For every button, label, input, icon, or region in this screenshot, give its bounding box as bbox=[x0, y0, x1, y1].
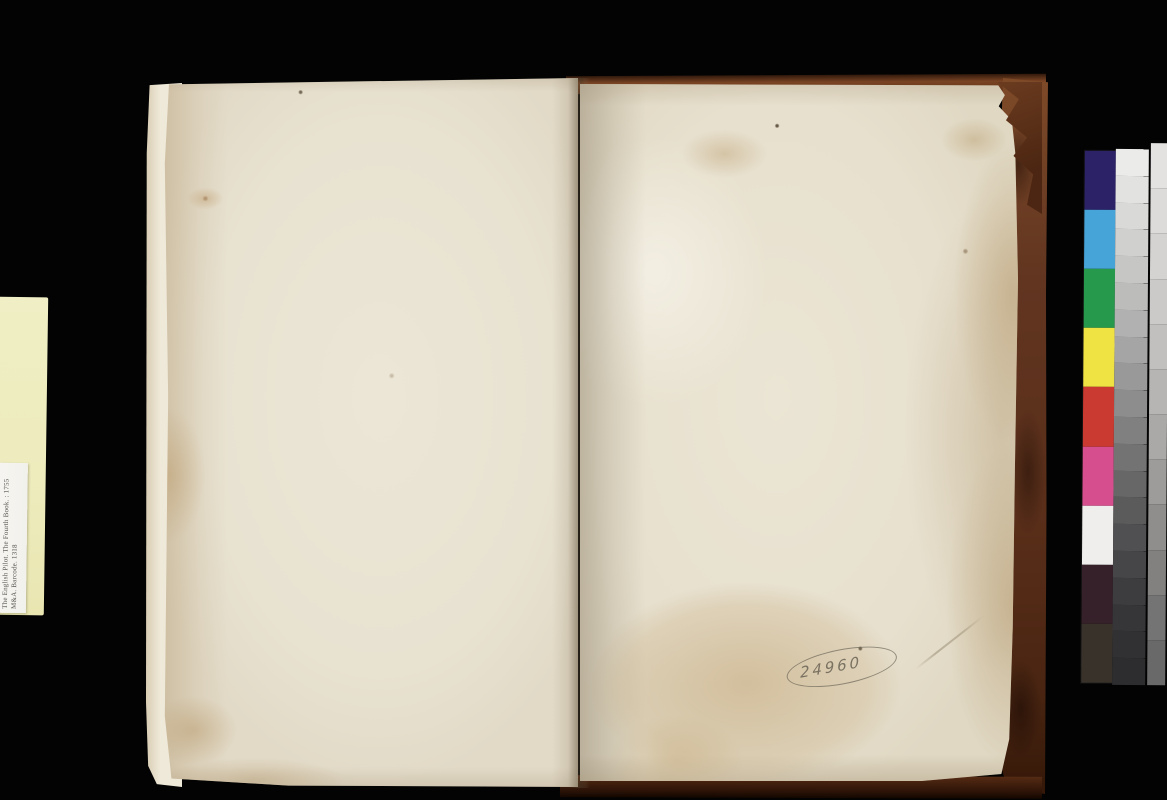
grayscale-step bbox=[1113, 470, 1146, 497]
color-patch bbox=[1083, 328, 1114, 387]
grayscale-step bbox=[1114, 337, 1147, 364]
color-patch bbox=[1084, 151, 1115, 210]
grayscale-step bbox=[1112, 631, 1145, 658]
color-patch bbox=[1084, 210, 1115, 269]
color-calibration-bar bbox=[1081, 149, 1167, 686]
grayscale-step bbox=[1115, 310, 1148, 337]
color-patch bbox=[1082, 564, 1113, 623]
grayscale-step bbox=[1149, 369, 1167, 414]
grayscale-step bbox=[1150, 279, 1167, 324]
color-patch bbox=[1083, 387, 1114, 446]
shelf-label: Mount and Page The English Pilot. The Fo… bbox=[0, 463, 28, 614]
shelf-label-text: Mount and Page The English Pilot. The Fo… bbox=[0, 467, 22, 609]
color-patch bbox=[1082, 446, 1113, 505]
grayscale-step bbox=[1149, 324, 1167, 369]
grayscale-step bbox=[1113, 578, 1146, 605]
shelf-label-card: Mount and Page The English Pilot. The Fo… bbox=[0, 297, 48, 616]
grayscale-step bbox=[1113, 551, 1146, 578]
grayscale-step bbox=[1115, 283, 1148, 310]
grayscale-step bbox=[1114, 444, 1147, 471]
grayscale-step bbox=[1149, 414, 1167, 459]
grayscale-step bbox=[1114, 390, 1147, 417]
grayscale-edge-strip bbox=[1147, 143, 1167, 685]
grayscale-step bbox=[1151, 143, 1167, 188]
grayscale-step-column bbox=[1112, 149, 1149, 685]
color-patch bbox=[1084, 269, 1115, 328]
book-photograph: 24960 Mount and Page The English Pilot. … bbox=[0, 0, 1167, 800]
grayscale-step bbox=[1115, 229, 1148, 256]
color-patch bbox=[1082, 505, 1113, 564]
grayscale-step bbox=[1114, 363, 1147, 390]
grayscale-step bbox=[1115, 203, 1148, 230]
grayscale-step bbox=[1148, 505, 1166, 550]
grayscale-step bbox=[1113, 497, 1146, 524]
grayscale-step bbox=[1115, 256, 1148, 283]
grayscale-step bbox=[1114, 417, 1147, 444]
color-patch-column bbox=[1081, 151, 1116, 683]
grayscale-step bbox=[1112, 658, 1145, 685]
color-patch bbox=[1081, 624, 1112, 683]
left-page-blank bbox=[164, 78, 578, 787]
grayscale-step bbox=[1113, 604, 1146, 631]
grayscale-step bbox=[1116, 149, 1149, 176]
grayscale-step bbox=[1147, 640, 1165, 685]
grayscale-step bbox=[1115, 176, 1148, 203]
grayscale-step bbox=[1150, 234, 1167, 279]
grayscale-step bbox=[1113, 524, 1146, 551]
grayscale-step bbox=[1148, 459, 1166, 504]
grayscale-step bbox=[1150, 188, 1167, 233]
grayscale-step bbox=[1148, 550, 1166, 595]
grayscale-step bbox=[1147, 595, 1165, 640]
